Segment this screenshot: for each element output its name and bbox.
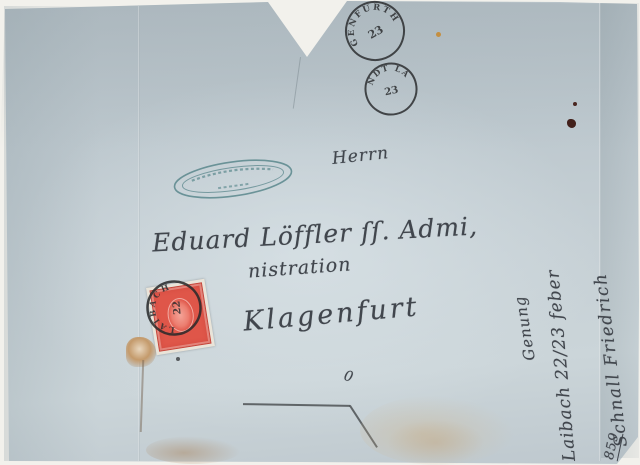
foxing-spot-dark-small xyxy=(573,102,577,106)
smudge-bottom-center xyxy=(388,420,483,465)
crease-right xyxy=(599,3,601,461)
postmark-ring-text: NDT LA xyxy=(362,58,414,88)
cachet-illegible-text-lower xyxy=(218,184,251,189)
laibach-cancel-on-stamp: LAIBACH 22 xyxy=(134,268,214,348)
postmark-date: 23 xyxy=(366,23,386,42)
laibach-transit-postmark: NDT LA 23 xyxy=(352,50,430,128)
foxing-spot-dark-large xyxy=(567,119,576,128)
foxing-spot-orange xyxy=(436,32,441,37)
smudge-bottom-left xyxy=(146,436,241,464)
crease-left xyxy=(138,6,140,461)
stain-tan-left xyxy=(126,337,156,367)
pen-dot-below-stamp xyxy=(176,357,180,361)
photo-of-folded-letter: GENFURTH 23 NDT LA 23 LAIBACH 22 xyxy=(0,0,640,465)
postmark-date: 22 xyxy=(171,300,183,315)
svg-text:NDT LA: NDT LA xyxy=(362,58,414,88)
postmark-date: 23 xyxy=(384,85,400,99)
